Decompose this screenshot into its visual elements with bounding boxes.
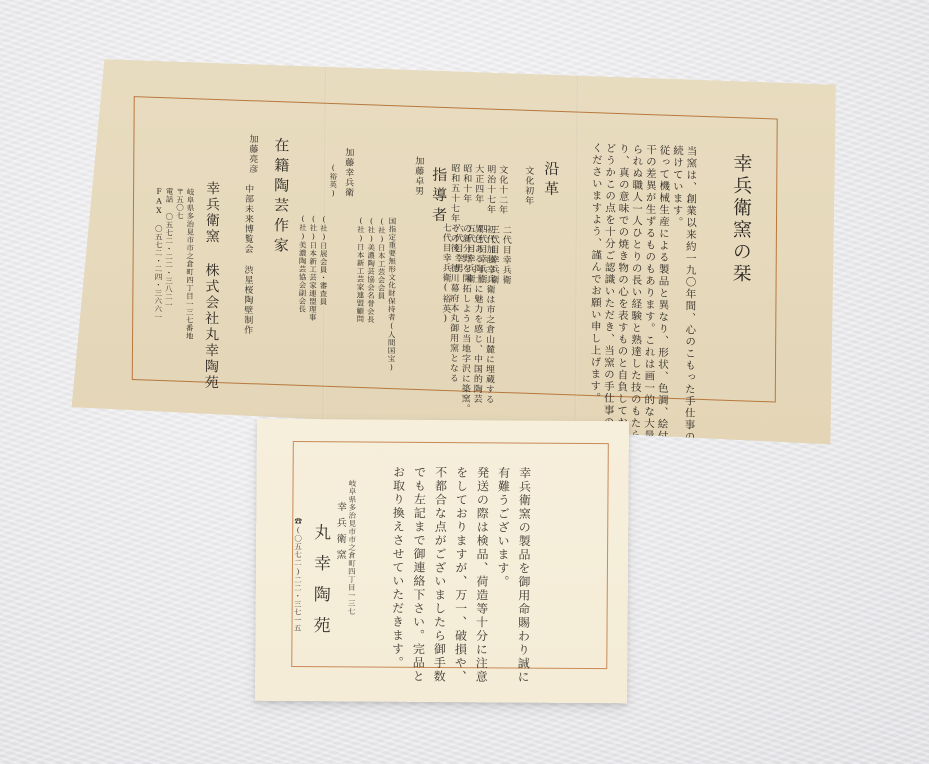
artist-title: 中部未来博覧会 渋星桜陶壁制作 [242,184,252,335]
history-generations: 二代目幸兵衛 三代目幸兵衛 四代目幸兵衛 五代目幸兵衛 六代目幸男 七代目幸兵衛… [440,223,510,327]
history-years: 文化十二年 明治十七年 大正四年 昭和十年 昭和五十七年 [449,163,506,225]
card-kiln-name: 幸兵衛窯 [334,501,344,565]
instructor-title: (社)日本新工芸家連盟理事 [309,214,317,321]
leaflet-title: 幸兵衛窯の栞 [731,153,751,286]
instructor-title: (社)日本新工芸家連盟顧問 [356,216,365,371]
instructor-titles: (社)日展会員・審査員 (社)日本新工芸家連盟理事 (社)美濃陶芸協会副会長 [298,214,327,322]
history-year: 明治十七年 [485,164,494,224]
card-message-line: お取り換えさせていただきます。 [391,466,405,684]
company-fax: FAX 〇五七二・二四・三六六一 [154,187,163,339]
instructors-heading: 指導者 [431,166,446,227]
card-message-line: 幸兵衛窯の製品を御用命賜わり誠に [517,467,531,685]
card-message-line: をしておりますが、万一、破損や、 [454,466,468,684]
company-address: 岐阜県多治見市市之倉町四丁目一三七番地 [186,188,195,340]
instructor-name: 加藤卓男 [413,156,422,196]
history-year: 文化十二年 [497,165,506,225]
history-generation: 七代目幸兵衛(裕英) [440,223,450,325]
thank-you-card: 幸兵衛窯の製品を御用命賜わり誠に 有難うございます。 発送の際は検品、荷造等十分… [255,419,629,704]
instructor-title: 国指定重要無形文化財保持者(人間国宝) [387,217,396,372]
history-founding-year: 文化初年 [523,166,532,206]
instructor-title: (社)日展会員・審査員 [319,215,327,322]
instructor-title: (社)美濃陶芸協会名誉会長 [366,216,375,371]
history-generation: 三代目幸兵衛 [488,224,498,326]
card-message: 幸兵衛窯の製品を御用命賜わり誠に 有難うございます。 発送の際は検品、荷造等十分… [391,466,531,685]
instructor-title: (社)日本工芸会会員 [377,217,386,372]
history-year: 昭和十年 [461,164,470,224]
card-address: 岐阜県多治見市市之倉町四丁目一三七 [348,479,356,615]
card-message-line: 発送の際は検品、荷造等十分に注意 [475,466,489,684]
history-generation: 二代目幸兵衛 [500,225,510,327]
artist-name: 加藤亮彦 [247,134,256,174]
resident-artists-heading: 在籍陶芸作家 [273,137,289,257]
card-message-line: 有難うございます。 [496,466,510,684]
history-generation: 四代目幸兵衛 [476,224,486,326]
company-name: 幸兵衛窯 株式会社丸幸陶苑 [204,181,219,391]
history-generation: 六代目幸男 [452,223,462,325]
history-year: 昭和五十七年 [449,163,458,223]
instructor-name: 加藤幸兵衛 [343,147,352,197]
company-phone: 電話 〇五七二・二二・三八二一 [165,187,174,339]
card-message-line: でも左記まで御連絡下さい。完品と [412,466,426,684]
instructor-title: (社)美濃陶芸協会副会長 [298,214,306,321]
company-contact: 岐阜県多治見市市之倉町四丁目一三七番地 〒五〇七 電話 〇五七二・二二・三八二一… [154,187,194,340]
card-company-name: 丸幸陶苑 [311,523,329,647]
instructor-name-note: (裕英) [329,163,337,198]
history-generation: 五代目幸兵衛 [464,224,474,326]
history-year: 大正四年 [473,164,482,224]
card-phone: ☎(〇五七二)二二・三七一五 [294,517,302,632]
history-heading: 沿革 [543,160,558,201]
kiln-leaflet: 幸兵衛窯の栞 当窯は、創業以来約一九〇年間、心のこもった手仕事の伝統を守り 続け… [71,58,835,445]
card-message-line: 不都合な点がございましたら御手数 [433,466,447,684]
company-postal: 〒五〇七 [175,188,184,340]
instructor-titles: 国指定重要無形文化財保持者(人間国宝) (社)日本工芸会会員 (社)美濃陶芸協会… [356,216,396,372]
